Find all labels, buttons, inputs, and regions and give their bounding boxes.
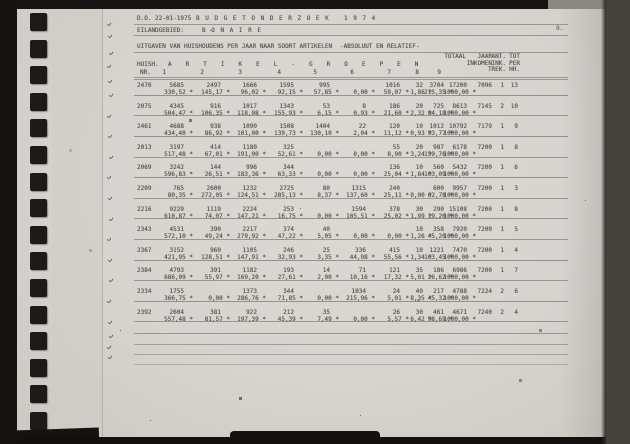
- cell-abs: 246: [260, 248, 294, 254]
- binding-tab: [30, 385, 47, 403]
- col-number: 3: [234, 70, 242, 76]
- scanned-document: 9. D.O. 22-01-1975B U D G E T O N D E R …: [0, 0, 630, 444]
- header-rule: [134, 77, 568, 78]
- row-rule: [134, 157, 568, 158]
- table-subtitle: UITGAVEN VAN HUISHOUDENS PER JAAR NAAR S…: [137, 44, 332, 50]
- row-rule: [134, 260, 568, 261]
- cell-abs: 414: [187, 145, 221, 151]
- subtitle-note: -ABSOLUUT EN RELATIEF-: [340, 44, 419, 50]
- row-rule: [134, 218, 568, 219]
- cell-persons: 9: [504, 124, 518, 130]
- cell-persons: 10: [504, 104, 518, 110]
- row-rule: [134, 280, 568, 281]
- cell-abs: 916: [187, 104, 221, 110]
- cell-abs: 381: [187, 310, 221, 316]
- col-number: 4: [273, 70, 281, 76]
- cell-income-earners: 1: [492, 207, 504, 213]
- col-number: 2: [196, 70, 204, 76]
- cell-income-earners: 1: [492, 124, 504, 130]
- region-value: B O N A I R E: [202, 28, 262, 34]
- binding-tab: [30, 252, 47, 270]
- cell-persons: 4: [504, 310, 518, 316]
- cell-persons: 7: [504, 268, 518, 274]
- binding-tab: [30, 66, 47, 84]
- scan-edge-left: [0, 0, 17, 444]
- cell-abs: 3197: [150, 145, 184, 151]
- col-number: 9: [433, 70, 441, 76]
- page-right-shadow: [560, 8, 606, 438]
- scan-edge-right: [606, 0, 630, 444]
- binding-tab: [30, 13, 47, 31]
- cell-persons: 6: [504, 165, 518, 171]
- cell-income-earners: 1: [492, 227, 504, 233]
- cell-abs: 212: [260, 310, 294, 316]
- col-number: 6: [346, 70, 354, 76]
- col-number: 1: [158, 70, 166, 76]
- cell-abs: 1343: [260, 104, 294, 110]
- empty-rule: [134, 364, 568, 365]
- cell-abs: 25: [296, 248, 330, 254]
- binding-tab: [30, 412, 47, 430]
- cell-abs: 336: [332, 248, 366, 254]
- cell-abs: 53: [296, 104, 330, 110]
- binding-tab: [30, 146, 47, 164]
- binding-tab: [30, 306, 47, 324]
- cell-year-income: 7200: [456, 207, 492, 213]
- cell-persons: 4: [504, 248, 518, 254]
- cell-persons: 6: [504, 289, 518, 295]
- cell-persons: 8: [504, 207, 518, 213]
- cell-abs: 960: [187, 248, 221, 254]
- page-fold-line: [102, 8, 103, 438]
- row-rule: [134, 136, 568, 137]
- col-header-nr: NR.: [140, 70, 151, 76]
- page-number: 9.: [556, 26, 563, 32]
- row-rule: [134, 115, 568, 116]
- ruled-line: [134, 35, 568, 36]
- binding-tab: [30, 279, 47, 297]
- row-rule: [134, 177, 568, 178]
- cell-year-income: 7145: [456, 104, 492, 110]
- cell-income-earners: 1: [492, 145, 504, 151]
- cell-income-earners: 1: [492, 186, 504, 192]
- cell-abs: 35: [296, 310, 330, 316]
- region-label: EILANDGEBIED:: [137, 28, 184, 34]
- binding-tab: [30, 226, 47, 244]
- cell-abs: 4345: [150, 104, 184, 110]
- empty-rule: [134, 333, 568, 334]
- ruled-line: [134, 24, 568, 25]
- binding-tab: [30, 332, 47, 350]
- scan-corner-top-right: [548, 0, 606, 9]
- cell-abs: 8: [332, 104, 366, 110]
- report-date: D.O. 22-01-1975: [137, 16, 191, 22]
- binding-tab: [30, 359, 47, 377]
- cell-abs: 9229: [150, 207, 184, 213]
- scan-edge-top: [0, 0, 548, 9]
- cell-abs: 2224: [223, 207, 257, 213]
- col-number: 5: [309, 70, 317, 76]
- cell-income-earners: 2: [492, 104, 504, 110]
- row-rule: [134, 95, 568, 96]
- cell-year-income: 7240: [456, 310, 492, 316]
- binding-tab: [30, 199, 47, 217]
- cell-income-earners: 2: [492, 289, 504, 295]
- binding-tab: [30, 119, 47, 137]
- row-rule: [134, 198, 568, 199]
- col-header-artikel-groepen: A R T I K E L - G R O E P E N: [168, 62, 424, 68]
- row-rule: [134, 301, 568, 302]
- empty-rule: [134, 344, 568, 345]
- cell-persons: 8: [504, 145, 518, 151]
- cell-income-earners: 1: [492, 165, 504, 171]
- cell-abs: 3152: [150, 248, 184, 254]
- cell-abs: 253: [260, 207, 294, 213]
- cell-persons: 13: [504, 83, 518, 89]
- col-number: 8: [411, 70, 419, 76]
- row-rule: [134, 321, 568, 322]
- row-rule: [134, 239, 568, 240]
- cell-persons: 5: [504, 227, 518, 233]
- binding-tab: [30, 173, 47, 191]
- cell-income-earners: 2: [492, 310, 504, 316]
- cell-abs: 1180: [223, 145, 257, 151]
- cell-abs: 1594: [332, 207, 366, 213]
- cell-abs: 922: [223, 310, 257, 316]
- cell-income-earners: 1: [492, 248, 504, 254]
- scan-edge-bottom: [0, 437, 630, 444]
- cell-income-earners: 1: [492, 83, 504, 89]
- report-year: 1 9 7 4: [344, 16, 376, 22]
- report-title: B U D G E T O N D E R Z O E K: [196, 16, 330, 22]
- header-rule: [134, 79, 568, 80]
- cell-abs: 1119: [187, 207, 221, 213]
- cell-year-income: 7200: [456, 248, 492, 254]
- binding-tab: [30, 93, 47, 111]
- col-number: 7: [383, 70, 391, 76]
- page-left-margin: [52, 8, 103, 438]
- col-header-huish: HUISH.: [137, 62, 159, 68]
- cell-abs: 2604: [150, 310, 184, 316]
- col-header-hh: HH.: [498, 67, 520, 73]
- cell-persons: 3: [504, 186, 518, 192]
- cell-income-earners: 1: [492, 268, 504, 274]
- cell-abs: 1105: [223, 248, 257, 254]
- binding-tab: [30, 40, 47, 58]
- cell-year-income: 7200: [456, 145, 492, 151]
- cell-abs: 1017: [223, 104, 257, 110]
- cell-abs: 325: [260, 145, 294, 151]
- empty-rule: [134, 354, 568, 355]
